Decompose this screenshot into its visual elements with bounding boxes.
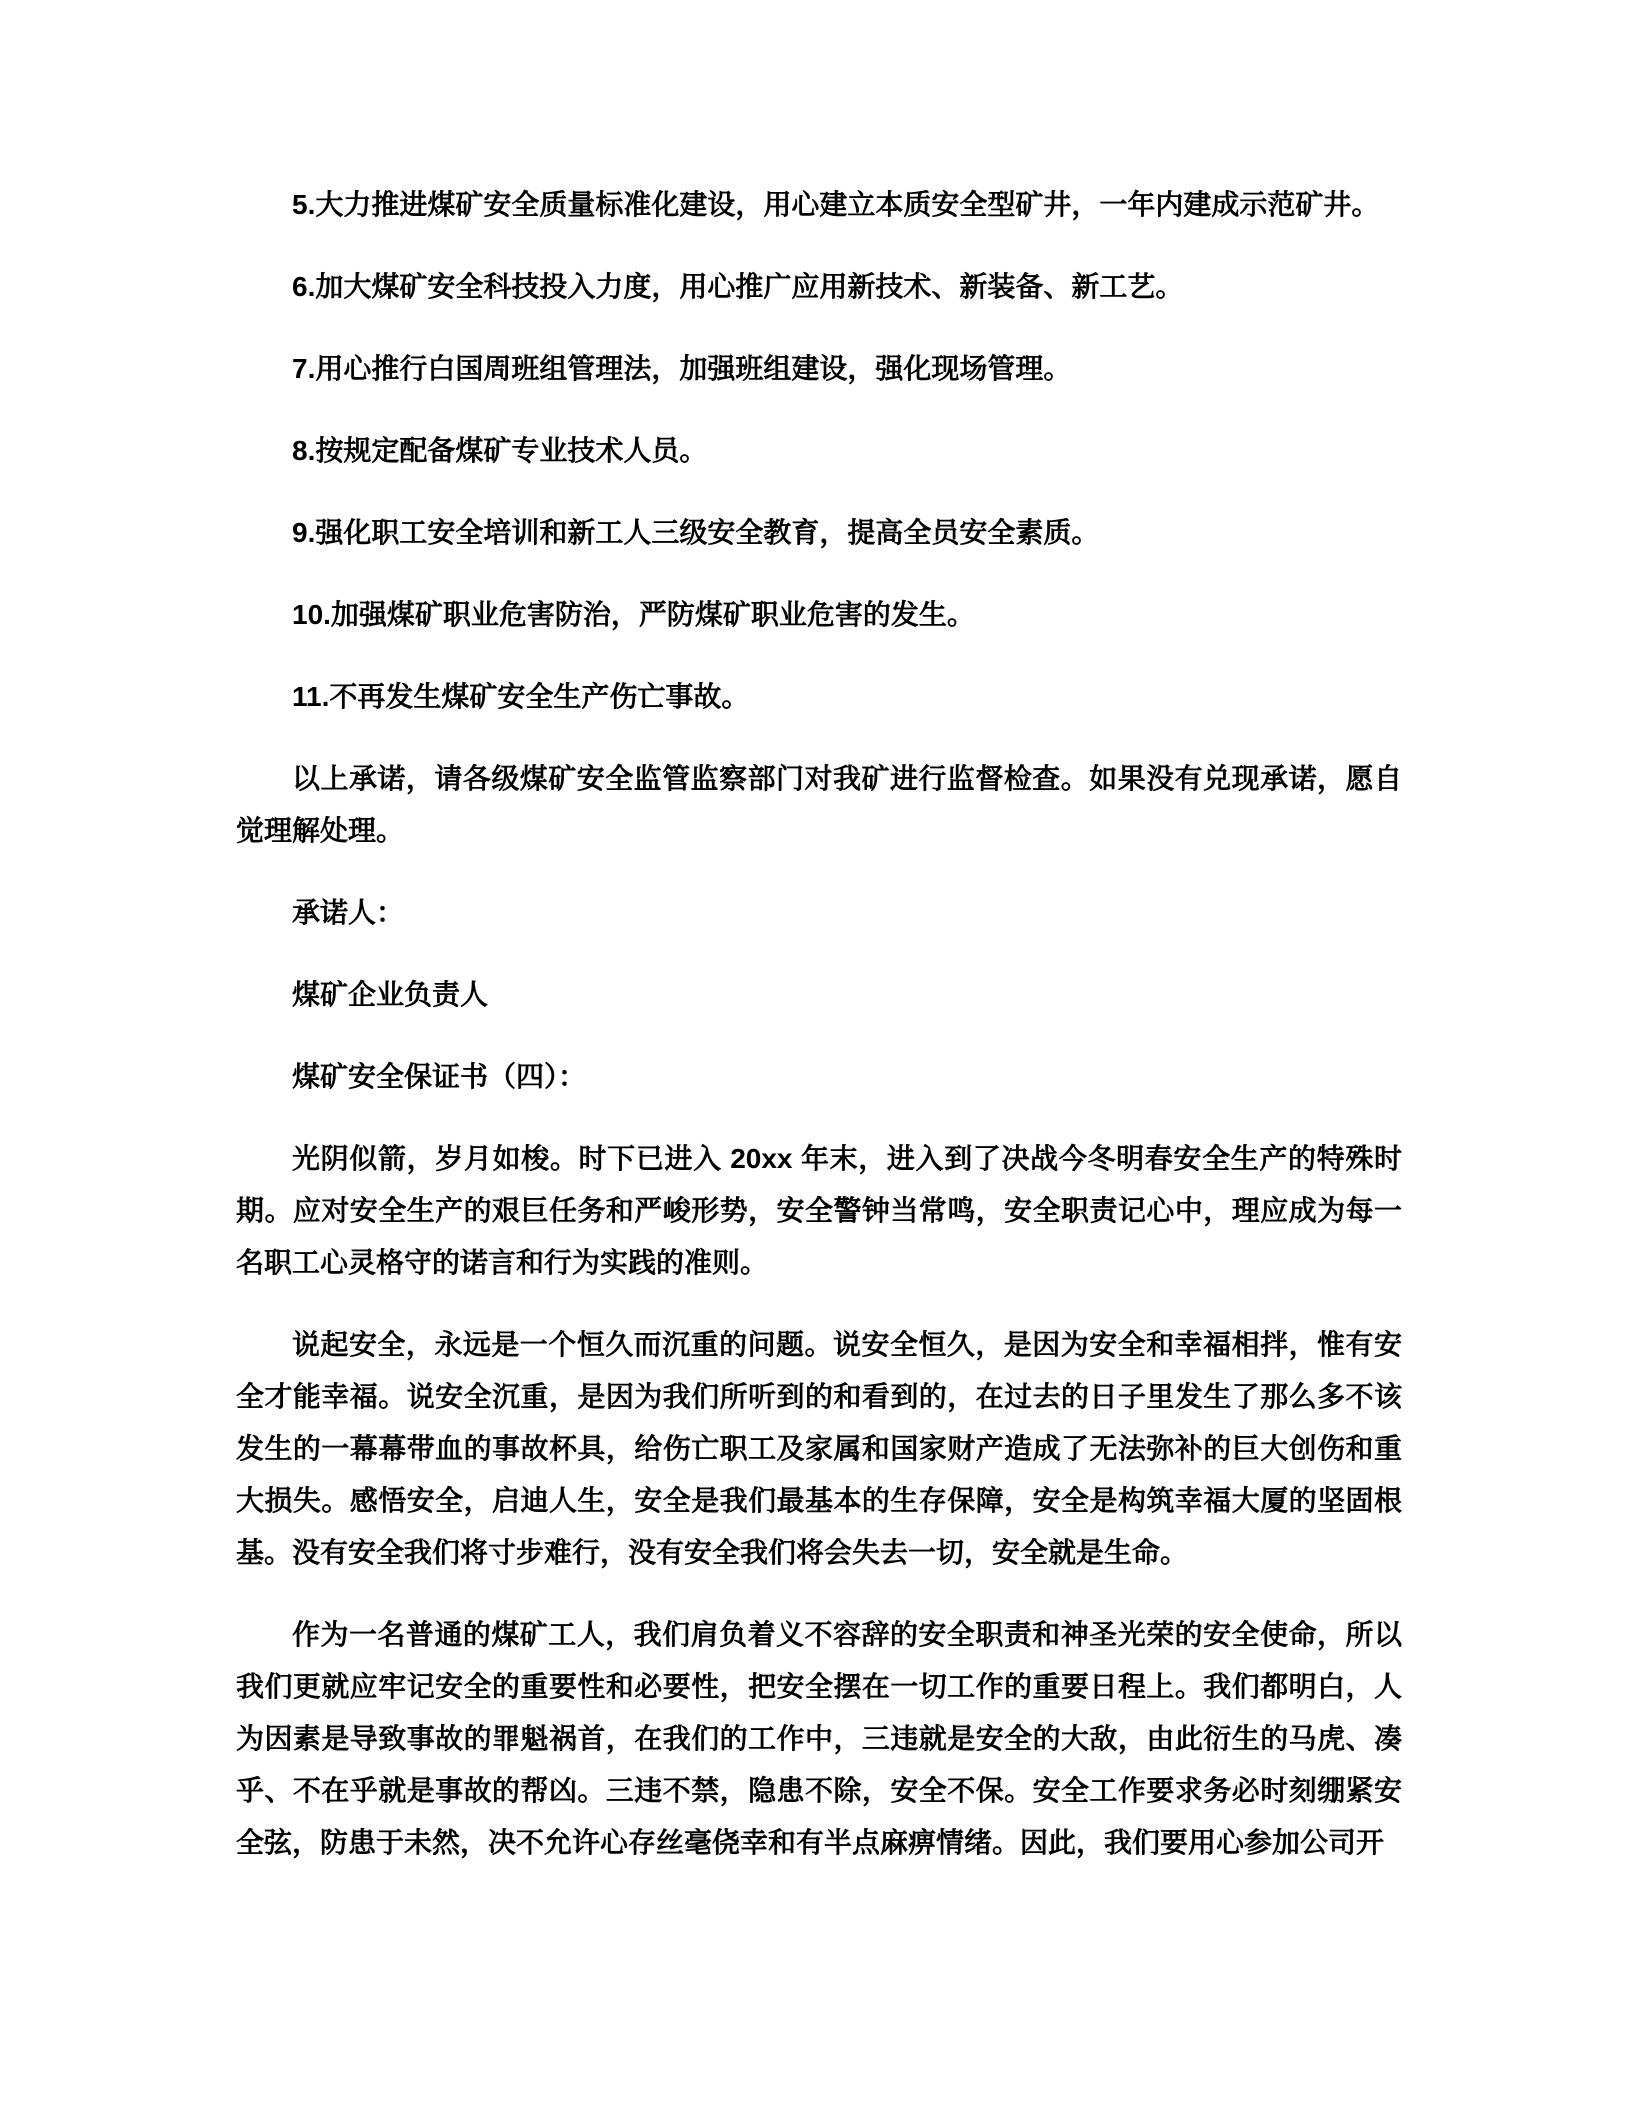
paragraph-item-9: 9.强化职工安全培训和新工人三级安全教育，提高全员安全素质。 xyxy=(236,507,1402,559)
text-line: 我们更就应牢记安全的重要性和必要性，把安全摆在一切工作的重要日程上。我们都明白，… xyxy=(236,1661,1402,1713)
text-line: 大损失。感悟安全，启迪人生，安全是我们最基本的生存保障，安全是构筑幸福大厦的坚固… xyxy=(236,1475,1402,1527)
text-line: 名职工心灵格守的诺言和行为实践的准则。 xyxy=(236,1237,1402,1289)
text-line: 以上承诺，请各级煤矿安全监管监察部门对我矿进行监督检查。如果没有兑现承诺，愿自 xyxy=(236,753,1402,805)
paragraph-item-6: 6.加大煤矿安全科技投入力度，用心推广应用新技术、新装备、新工艺。 xyxy=(236,261,1402,313)
text-line: 煤矿企业负责人 xyxy=(236,969,1402,1021)
document-page: 5.大力推进煤矿安全质量标准化建设，用心建立本质安全型矿井，一年内建成示范矿井。… xyxy=(0,0,1632,2112)
paragraph-para-worker-duty: 作为一名普通的煤矿工人，我们肩负着义不容辞的安全职责和神圣光荣的安全使命，所以我… xyxy=(236,1609,1402,1869)
paragraph-item-7: 7.用心推行白国周班组管理法，加强班组建设，强化现场管理。 xyxy=(236,343,1402,395)
text-line: 为因素是导致事故的罪魁祸首，在我们的工作中，三违就是安全的大敌，由此衍生的马虎、… xyxy=(236,1713,1402,1765)
text-line: 8.按规定配备煤矿专业技术人员。 xyxy=(236,425,1402,477)
text-line: 基。没有安全我们将寸步难行，没有安全我们将会失去一切，安全就是生命。 xyxy=(236,1527,1402,1579)
paragraph-signer-title: 煤矿企业负责人 xyxy=(236,969,1402,1021)
text-line: 觉理解处理。 xyxy=(236,805,1402,857)
text-line: 6.加大煤矿安全科技投入力度，用心推广应用新技术、新装备、新工艺。 xyxy=(236,261,1402,313)
paragraph-closing-statement: 以上承诺，请各级煤矿安全监管监察部门对我矿进行监督检查。如果没有兑现承诺，愿自觉… xyxy=(236,753,1402,857)
text-line: 9.强化职工安全培训和新工人三级安全教育，提高全员安全素质。 xyxy=(236,507,1402,559)
text-line: 期。应对安全生产的艰巨任务和严峻形势，安全警钟当常鸣，安全职责记心中，理应成为每… xyxy=(236,1185,1402,1237)
paragraph-item-8: 8.按规定配备煤矿专业技术人员。 xyxy=(236,425,1402,477)
document-content: 5.大力推进煤矿安全质量标准化建设，用心建立本质安全型矿井，一年内建成示范矿井。… xyxy=(236,179,1402,1899)
paragraph-para-time: 光阴似箭，岁月如梭。时下已进入 20xx 年末，进入到了决战今冬明春安全生产的特… xyxy=(236,1133,1402,1289)
text-line: 7.用心推行白国周班组管理法，加强班组建设，强化现场管理。 xyxy=(236,343,1402,395)
text-line: 承诺人： xyxy=(236,887,1402,939)
text-line: 发生的一幕幕带血的事故杯具，给伤亡职工及家属和国家财产造成了无法弥补的巨大创伤和… xyxy=(236,1423,1402,1475)
text-line: 11.不再发生煤矿安全生产伤亡事故。 xyxy=(236,671,1402,723)
text-line: 10.加强煤矿职业危害防治，严防煤矿职业危害的发生。 xyxy=(236,589,1402,641)
paragraph-section-heading: 煤矿安全保证书（四）： xyxy=(236,1051,1402,1103)
text-line: 5.大力推进煤矿安全质量标准化建设，用心建立本质安全型矿井，一年内建成示范矿井。 xyxy=(236,179,1402,231)
text-line: 煤矿安全保证书（四）： xyxy=(236,1051,1402,1103)
text-line: 乎、不在乎就是事故的帮凶。三违不禁，隐患不除，安全不保。安全工作要求务必时刻绷紧… xyxy=(236,1765,1402,1817)
paragraph-item-10: 10.加强煤矿职业危害防治，严防煤矿职业危害的发生。 xyxy=(236,589,1402,641)
paragraph-signer-label: 承诺人： xyxy=(236,887,1402,939)
text-line: 全才能幸福。说安全沉重，是因为我们所听到的和看到的，在过去的日子里发生了那么多不… xyxy=(236,1371,1402,1423)
paragraph-item-5: 5.大力推进煤矿安全质量标准化建设，用心建立本质安全型矿井，一年内建成示范矿井。 xyxy=(236,179,1402,231)
paragraph-para-safety-meaning: 说起安全，永远是一个恒久而沉重的问题。说安全恒久，是因为安全和幸福相拌，惟有安全… xyxy=(236,1319,1402,1579)
text-line: 光阴似箭，岁月如梭。时下已进入 20xx 年末，进入到了决战今冬明春安全生产的特… xyxy=(236,1133,1402,1185)
paragraph-item-11: 11.不再发生煤矿安全生产伤亡事故。 xyxy=(236,671,1402,723)
text-line: 全弦，防患于未然，决不允许心存丝毫侥幸和有半点麻痹情绪。因此，我们要用心参加公司… xyxy=(236,1817,1402,1869)
text-line: 说起安全，永远是一个恒久而沉重的问题。说安全恒久，是因为安全和幸福相拌，惟有安 xyxy=(236,1319,1402,1371)
text-line: 作为一名普通的煤矿工人，我们肩负着义不容辞的安全职责和神圣光荣的安全使命，所以 xyxy=(236,1609,1402,1661)
